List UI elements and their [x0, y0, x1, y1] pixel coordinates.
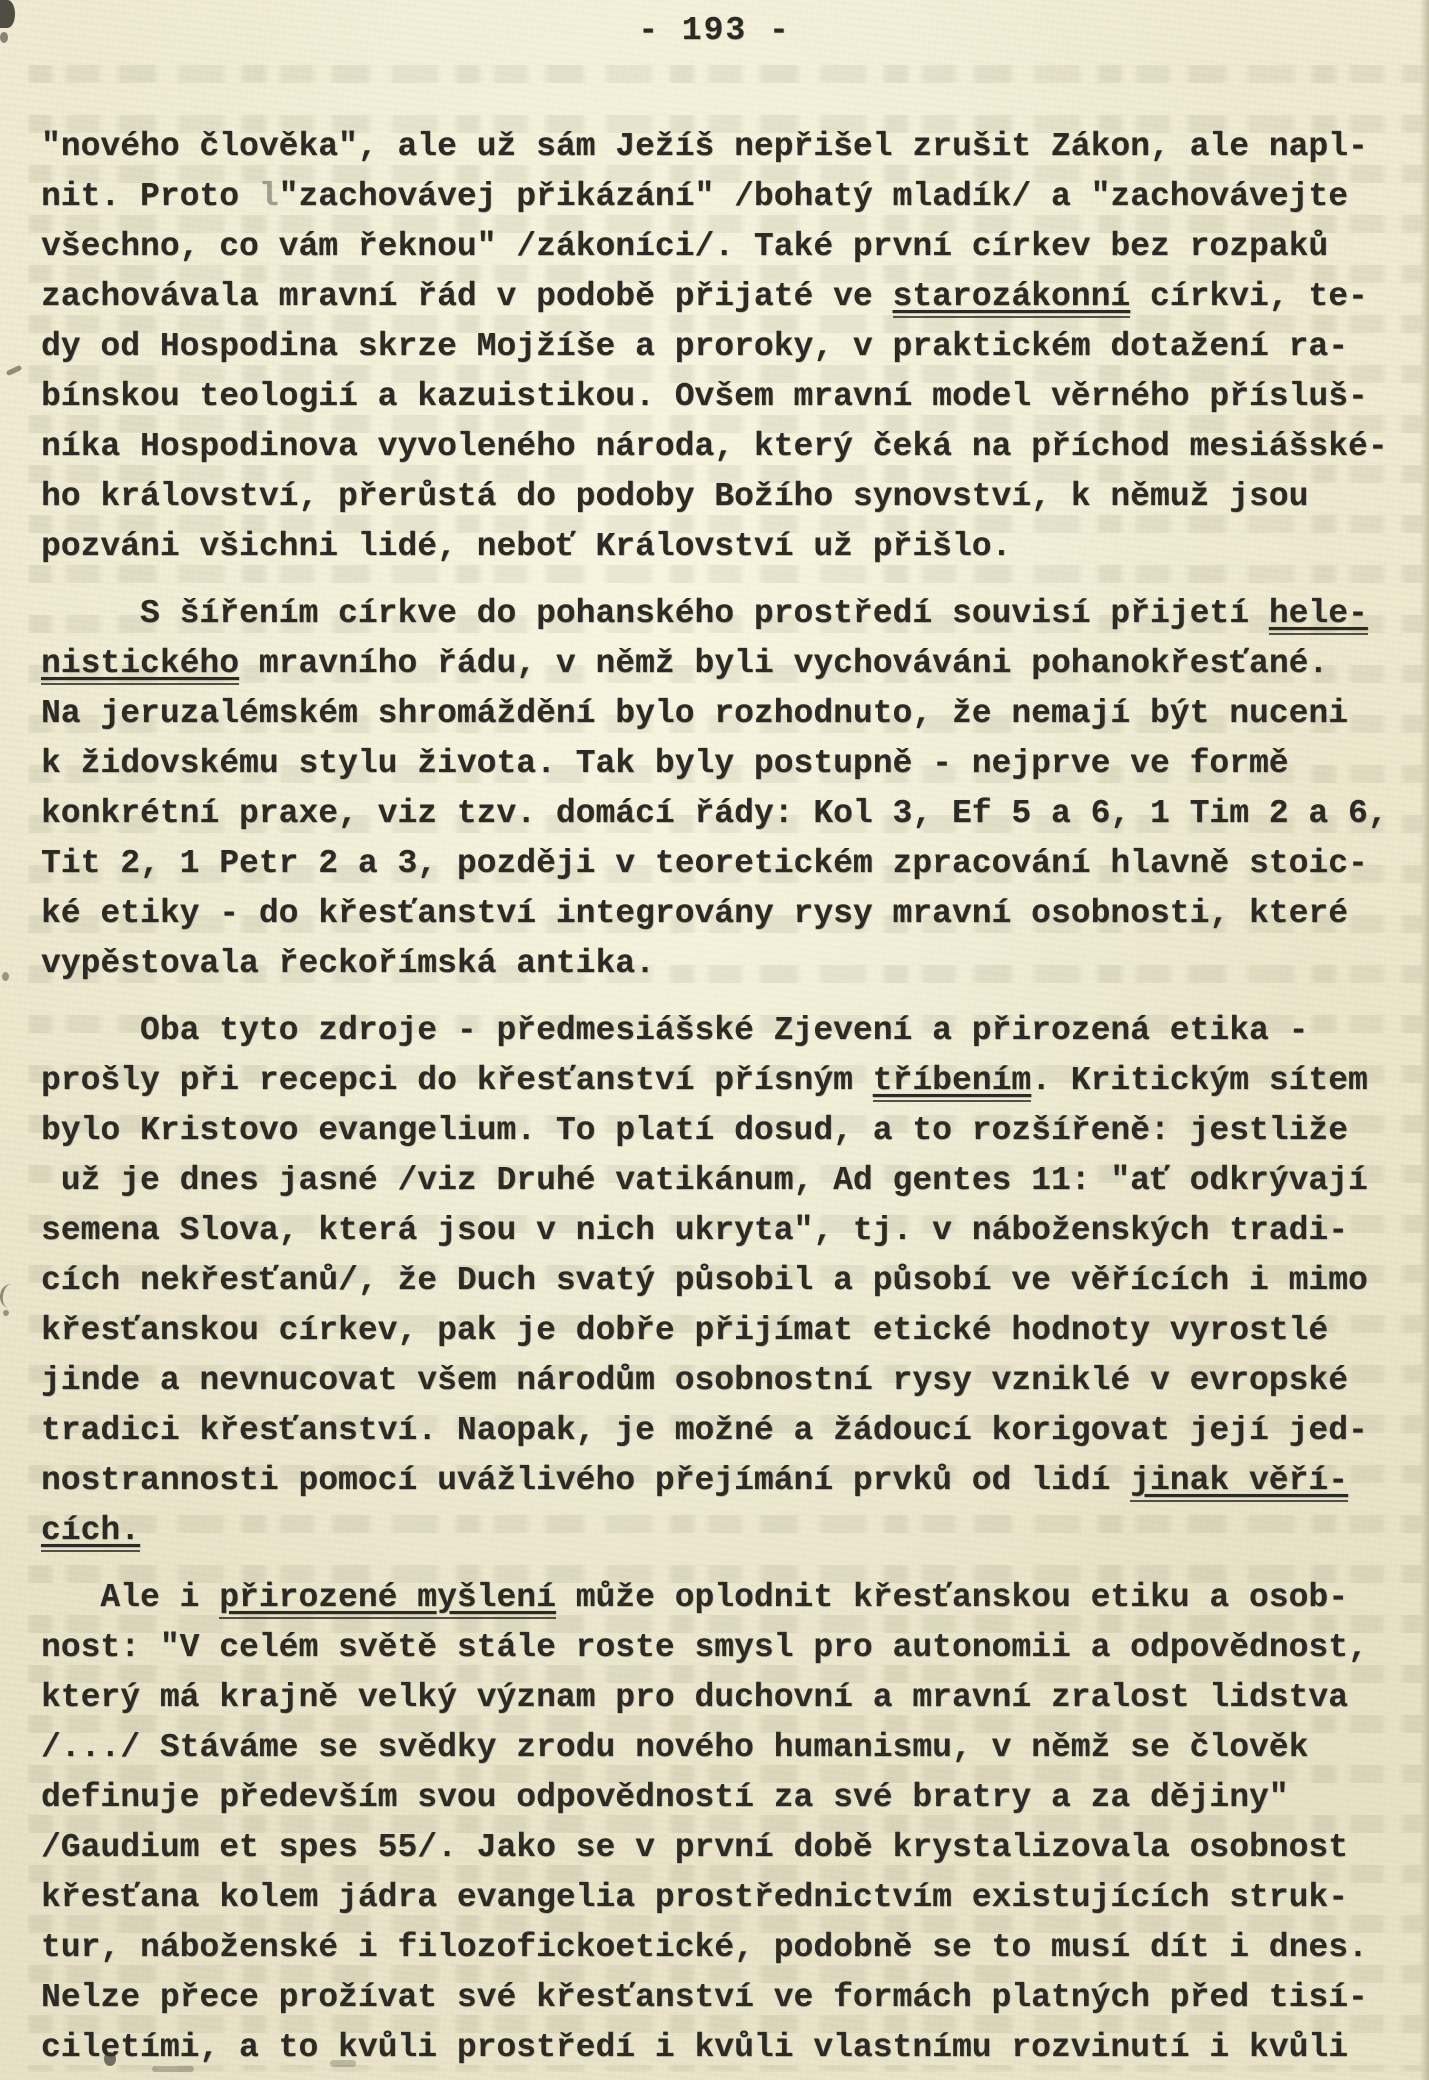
text-line: Na jeruzalémském shromáždění bylo rozhod…: [41, 689, 1415, 739]
text-segment: nostrannosti pomocí uvážlivého přejímání…: [41, 1462, 1130, 1499]
text-segment: církvi, te-: [1130, 278, 1368, 315]
text-line: cích.: [41, 1506, 1415, 1556]
text-segment: dy od Hospodina skrze Mojžíše a proroky,…: [41, 328, 1348, 365]
text-segment: Tit 2, 1 Petr 2 a 3, později v teoretick…: [41, 845, 1368, 882]
text-segment: /Gaudium et spes 55/. Jako se v první do…: [41, 1829, 1348, 1866]
text-segment: ho království, přerůstá do podoby Božího…: [41, 478, 1308, 515]
underlined-text: nistického: [41, 645, 239, 685]
text-segment: nit. Proto: [41, 178, 259, 215]
text-segment: vypěstovala řeckořímská antika.: [41, 945, 655, 982]
text-line: tradici křesťanství. Naopak, je možné a …: [41, 1406, 1415, 1456]
text-segment: křesťanskou církev, pak je dobře přijíma…: [41, 1312, 1328, 1349]
text-segment: který má krajně velký význam pro duchovn…: [41, 1679, 1348, 1716]
text-line: /Gaudium et spes 55/. Jako se v první do…: [41, 1823, 1415, 1873]
text-segment: Nelze přece prožívat své křesťanství ve …: [41, 1979, 1368, 2016]
text-segment: jinde a nevnucovat všem národům osobnost…: [41, 1362, 1348, 1399]
paragraph: Oba tyto zdroje - předmesiášské Zjevení …: [41, 1006, 1415, 1556]
text-line: prošly při recepci do křesťanství přísný…: [41, 1056, 1415, 1106]
text-line: ké etiky - do křesťanství integrovány ry…: [41, 889, 1415, 939]
text-line: k židovskému stylu života. Tak byly post…: [41, 739, 1415, 789]
text-segment: prošly při recepci do křesťanství přísný…: [41, 1062, 873, 1099]
text-line: cích nekřesťanů/, že Duch svatý působil …: [41, 1256, 1415, 1306]
text-segment: bínskou teologií a kazuistikou. Ovšem mr…: [41, 378, 1368, 415]
scan-speck: [6, 365, 23, 376]
scan-edge-shadow: [1420, 0, 1429, 2080]
text-line: nistického mravního řádu, v němž byli vy…: [41, 639, 1415, 689]
text-segment: semena Slova, která jsou v nich ukryta",…: [41, 1212, 1348, 1249]
scan-speck: [2, 972, 9, 981]
text-segment: může oplodnit křesťanskou etiku a osob-: [556, 1579, 1348, 1616]
text-segment: všechno, co vám řeknou" /zákoníci/. Také…: [41, 228, 1328, 265]
text-line: pozváni všichni lidé, neboť Království u…: [41, 522, 1415, 572]
scan-speck: [3, 1310, 9, 1316]
text-line: S šířením církve do pohanského prostředí…: [41, 589, 1415, 639]
text-line: jinde a nevnucovat všem národům osobnost…: [41, 1356, 1415, 1406]
text-segment: tradici křesťanství. Naopak, je možné a …: [41, 1412, 1368, 1449]
text-line: bylo Kristovo evangelium. To platí dosud…: [41, 1106, 1415, 1156]
text-line: všechno, co vám řeknou" /zákoníci/. Také…: [41, 222, 1415, 272]
text-segment: bylo Kristovo evangelium. To platí dosud…: [41, 1112, 1348, 1149]
page-number: - 193 -: [638, 12, 791, 49]
page-header: - 193 -: [0, 12, 1429, 49]
text-line: Oba tyto zdroje - předmesiášské Zjevení …: [41, 1006, 1415, 1056]
text-line: tur, náboženské i filozofickoetické, pod…: [41, 1923, 1415, 1973]
text-segment: S šířením církve do pohanského prostředí…: [41, 595, 1269, 632]
text-line: nostrannosti pomocí uvážlivého přejímání…: [41, 1456, 1415, 1506]
text-line: definuje především svou odpovědností za …: [41, 1773, 1415, 1823]
text-segment: pozváni všichni lidé, neboť Království u…: [41, 528, 1011, 565]
underlined-text: starozákonní: [893, 278, 1131, 318]
text-segment: Ale i: [41, 1579, 219, 1616]
text-segment: l: [259, 178, 279, 215]
text-segment: konkrétní praxe, viz tzv. domácí řády: K…: [41, 795, 1388, 832]
text-line: Tit 2, 1 Petr 2 a 3, později v teoretick…: [41, 839, 1415, 889]
text-segment: zachovávala mravní řád v podobě přijaté …: [41, 278, 893, 315]
text-line: níka Hospodinova vyvoleného národa, kter…: [41, 422, 1415, 472]
text-segment: už je dnes jasné /viz Druhé vatikánum, A…: [41, 1162, 1368, 1199]
text-line: vypěstovala řeckořímská antika.: [41, 939, 1415, 989]
text-segment: "zachovávej přikázání" /bohatý mladík/ a…: [279, 178, 1348, 215]
text-line: konkrétní praxe, viz tzv. domácí řády: K…: [41, 789, 1415, 839]
text-segment: nost: "V celém světě stále roste smysl p…: [41, 1629, 1368, 1666]
text-line: "nového člověka", ale už sám Ježíš nepři…: [41, 122, 1415, 172]
text-segment: tur, náboženské i filozofickoetické, pod…: [41, 1929, 1368, 1966]
underlined-text: cích.: [41, 1512, 140, 1552]
text-line: už je dnes jasné /viz Druhé vatikánum, A…: [41, 1156, 1415, 1206]
page-body: "nového člověka", ale už sám Ježíš nepři…: [41, 122, 1415, 2073]
text-line: /.../ Stáváme se svědky zrodu nového hum…: [41, 1723, 1415, 1773]
text-segment: křesťana kolem jádra evangelia prostředn…: [41, 1879, 1348, 1916]
text-segment: . Kritickým sítem: [1031, 1062, 1368, 1099]
text-segment: "nového člověka", ale už sám Ježíš nepři…: [41, 128, 1368, 165]
text-line: ho království, přerůstá do podoby Božího…: [41, 472, 1415, 522]
text-segment: Na jeruzalémském shromáždění bylo rozhod…: [41, 695, 1348, 732]
text-line: křesťanskou církev, pak je dobře přijíma…: [41, 1306, 1415, 1356]
paragraph: "nového člověka", ale už sám Ježíš nepři…: [41, 122, 1415, 572]
text-line: dy od Hospodina skrze Mojžíše a proroky,…: [41, 322, 1415, 372]
underlined-text: tříbením: [873, 1062, 1031, 1102]
text-line: Nelze přece prožívat své křesťanství ve …: [41, 1973, 1415, 2023]
text-segment: cích nekřesťanů/, že Duch svatý působil …: [41, 1262, 1368, 1299]
text-segment: mravního řádu, v němž byli vychováváni p…: [239, 645, 1328, 682]
text-line: nost: "V celém světě stále roste smysl p…: [41, 1623, 1415, 1673]
text-line: semena Slova, která jsou v nich ukryta",…: [41, 1206, 1415, 1256]
text-segment: definuje především svou odpovědností za …: [41, 1779, 1289, 1816]
text-line: ciletími, a to kvůli prostředí i kvůli v…: [41, 2023, 1415, 2073]
text-line: křesťana kolem jádra evangelia prostředn…: [41, 1873, 1415, 1923]
text-segment: Oba tyto zdroje - předmesiášské Zjevení …: [41, 1012, 1308, 1049]
text-segment: ciletími, a to kvůli prostředí i kvůli v…: [41, 2029, 1348, 2066]
text-segment: /.../ Stáváme se svědky zrodu nového hum…: [41, 1729, 1308, 1766]
paragraph: Ale i přirozené myšlení může oplodnit kř…: [41, 1573, 1415, 2073]
paragraph: S šířením církve do pohanského prostředí…: [41, 589, 1415, 989]
underlined-text: hele-: [1269, 595, 1368, 635]
text-line: který má krajně velký význam pro duchovn…: [41, 1673, 1415, 1723]
text-line: nit. Proto l"zachovávej přikázání" /boha…: [41, 172, 1415, 222]
underlined-text: jinak věří-: [1130, 1462, 1348, 1502]
text-segment: níka Hospodinova vyvoleného národa, kter…: [41, 428, 1388, 465]
text-line: bínskou teologií a kazuistikou. Ovšem mr…: [41, 372, 1415, 422]
text-segment: k židovskému stylu života. Tak byly post…: [41, 745, 1289, 782]
text-segment: ké etiky - do křesťanství integrovány ry…: [41, 895, 1348, 932]
scan-speck: [0, 1283, 22, 1310]
underlined-text: přirozené myšlení: [219, 1579, 556, 1619]
text-line: zachovávala mravní řád v podobě přijaté …: [41, 272, 1415, 322]
text-line: Ale i přirozené myšlení může oplodnit kř…: [41, 1573, 1415, 1623]
scanned-page: - 193 - "nového člověka", ale už sám Jež…: [0, 0, 1429, 2080]
